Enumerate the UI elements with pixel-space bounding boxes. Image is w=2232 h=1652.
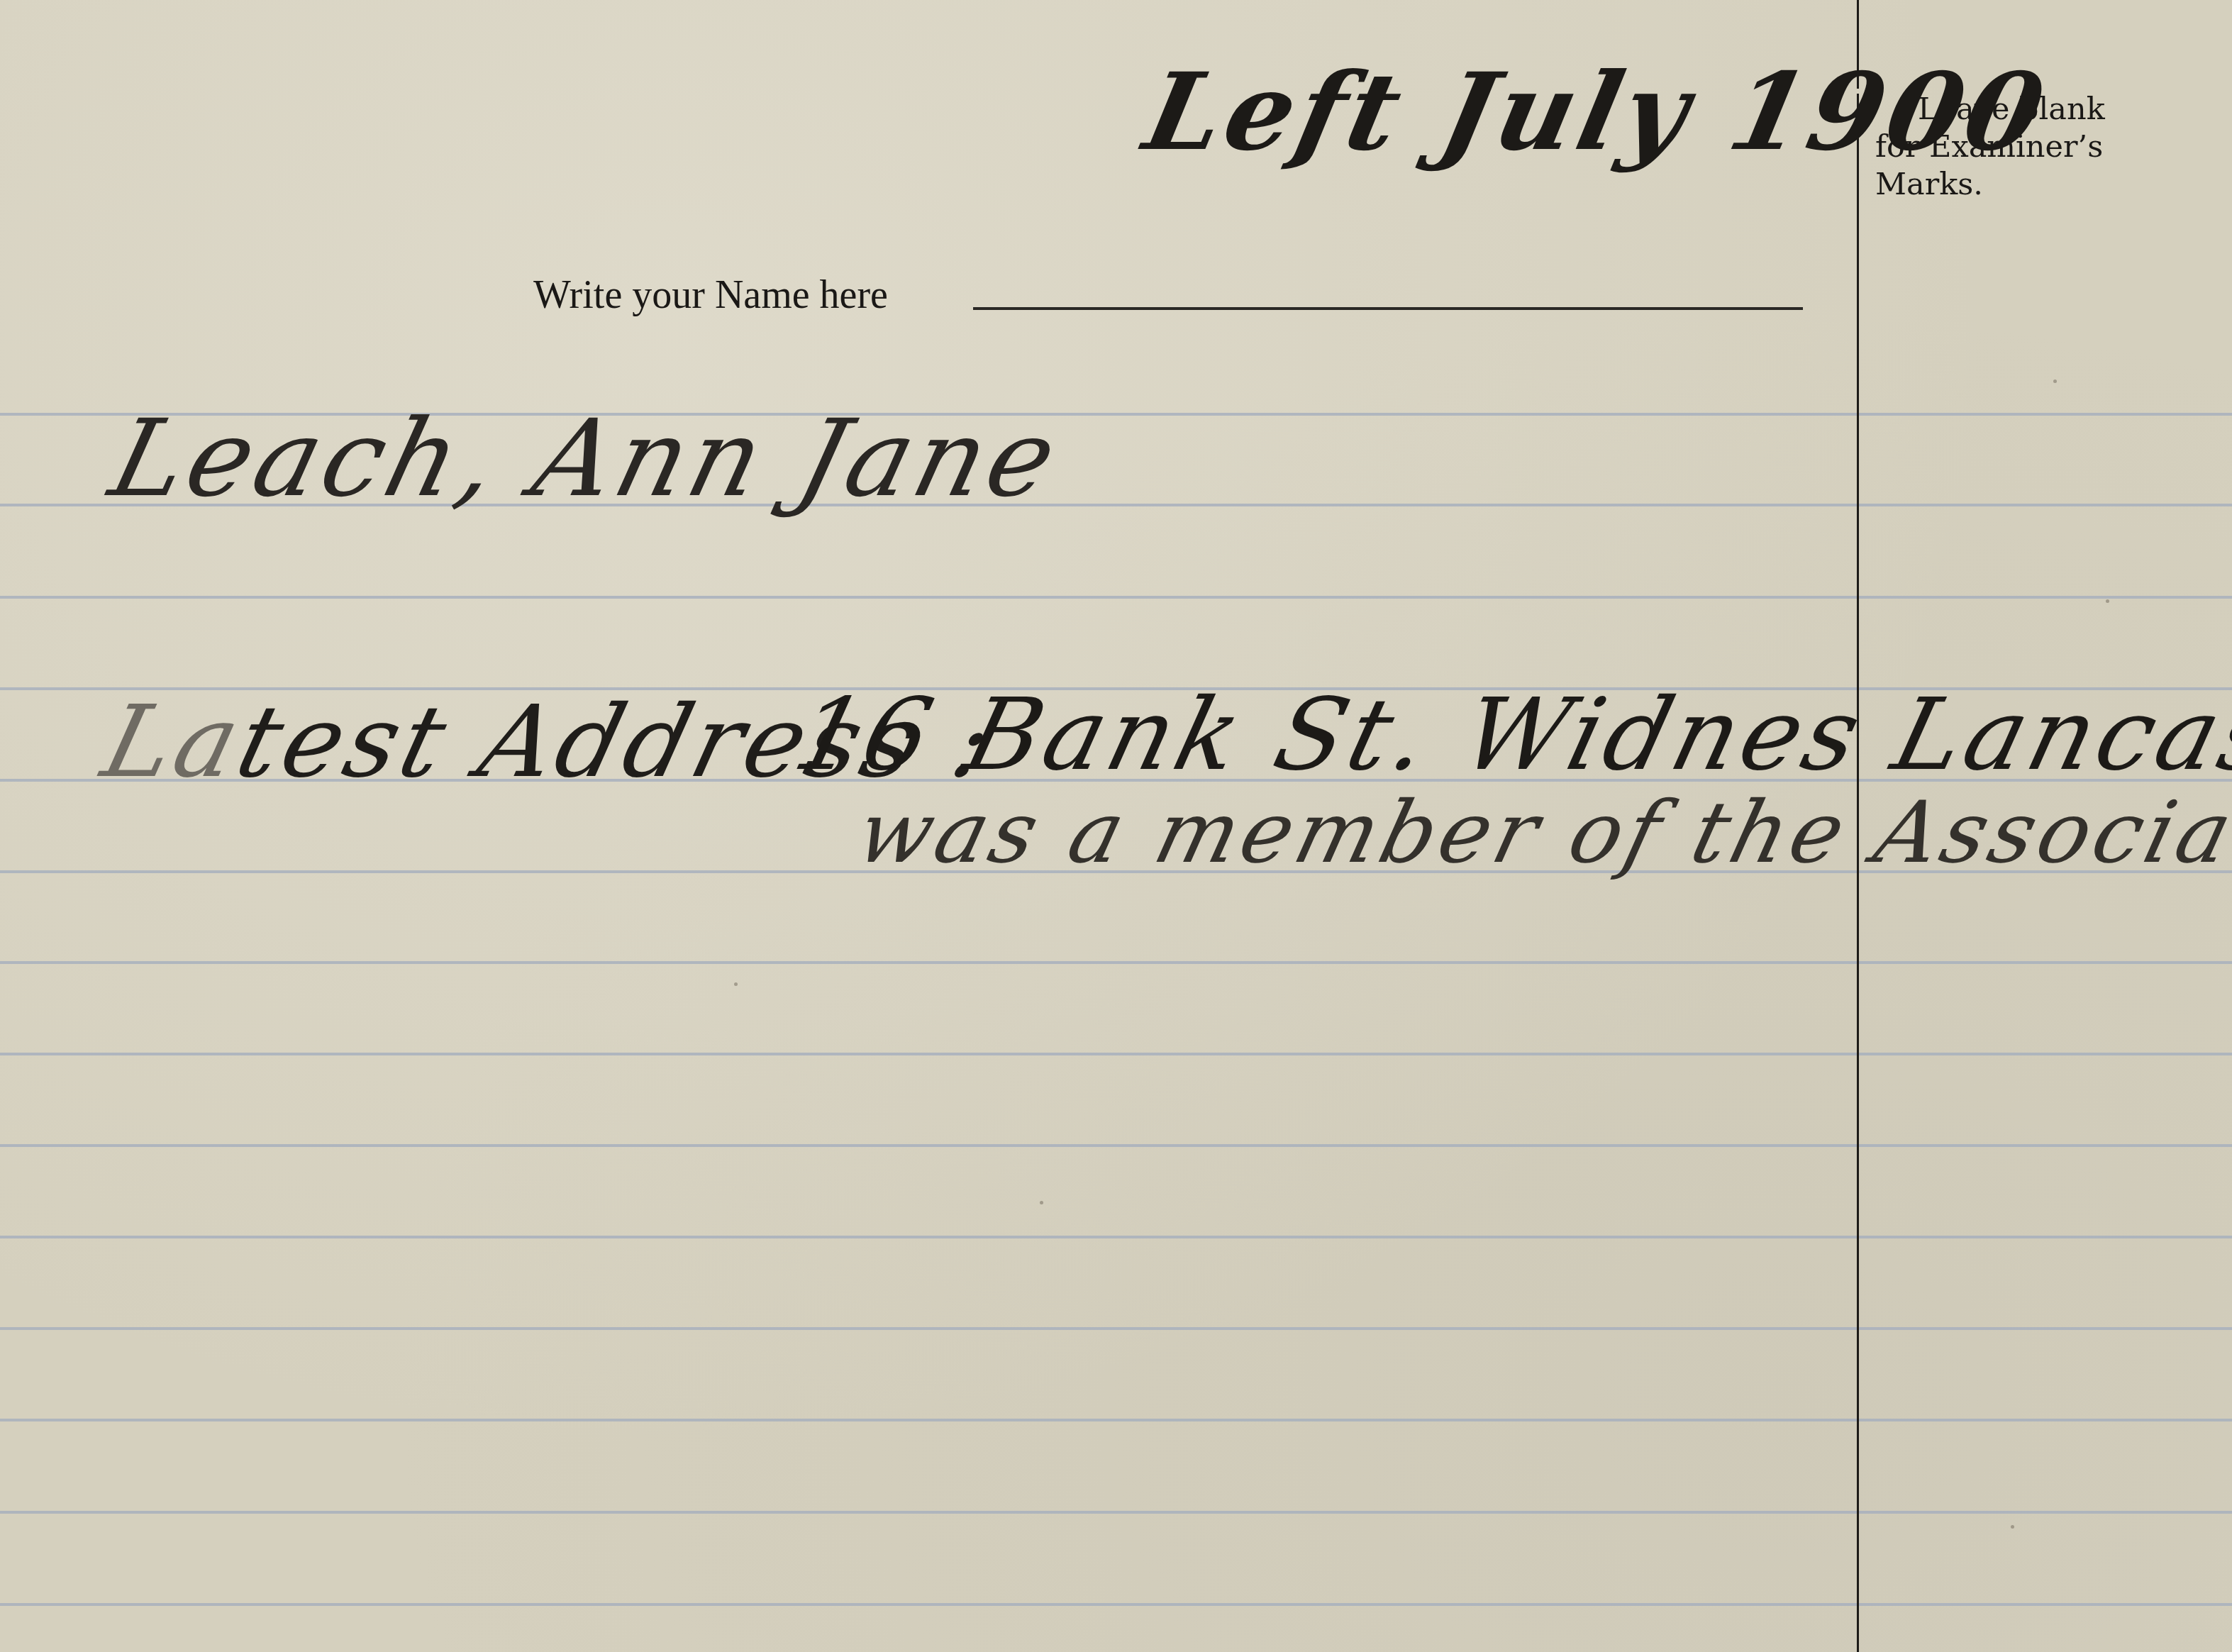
handwritten-candidate-name: Leach, Ann Jane bbox=[99, 397, 1072, 521]
answer-sheet: Leave blank for Examiner’s Marks. Left J… bbox=[0, 0, 2232, 1652]
ruled-line bbox=[0, 596, 2232, 599]
ruled-line bbox=[0, 1053, 2232, 1055]
ruled-line bbox=[0, 1603, 2232, 1606]
name-prompt-label: Write your Name here bbox=[533, 272, 888, 318]
paper-speck bbox=[2011, 1525, 2014, 1529]
handwritten-address-value: 16 Bank St. Widnes Lancashire. bbox=[784, 677, 2232, 793]
ruled-line bbox=[0, 1327, 2232, 1330]
ruled-line bbox=[0, 1144, 2232, 1147]
handwritten-membership-note: was a member of the Association bbox=[848, 784, 2232, 882]
paper-speck bbox=[1040, 1201, 1043, 1204]
handwritten-left-date: Left July 1900 bbox=[1135, 50, 2058, 174]
name-field-underline bbox=[973, 307, 1803, 310]
ruled-line bbox=[0, 1419, 2232, 1421]
ruled-line bbox=[0, 961, 2232, 964]
paper-speck bbox=[734, 982, 738, 986]
paper-speck bbox=[2106, 599, 2109, 603]
ruled-line bbox=[0, 1511, 2232, 1514]
ruled-line bbox=[0, 1236, 2232, 1238]
paper-speck bbox=[2053, 379, 2057, 383]
